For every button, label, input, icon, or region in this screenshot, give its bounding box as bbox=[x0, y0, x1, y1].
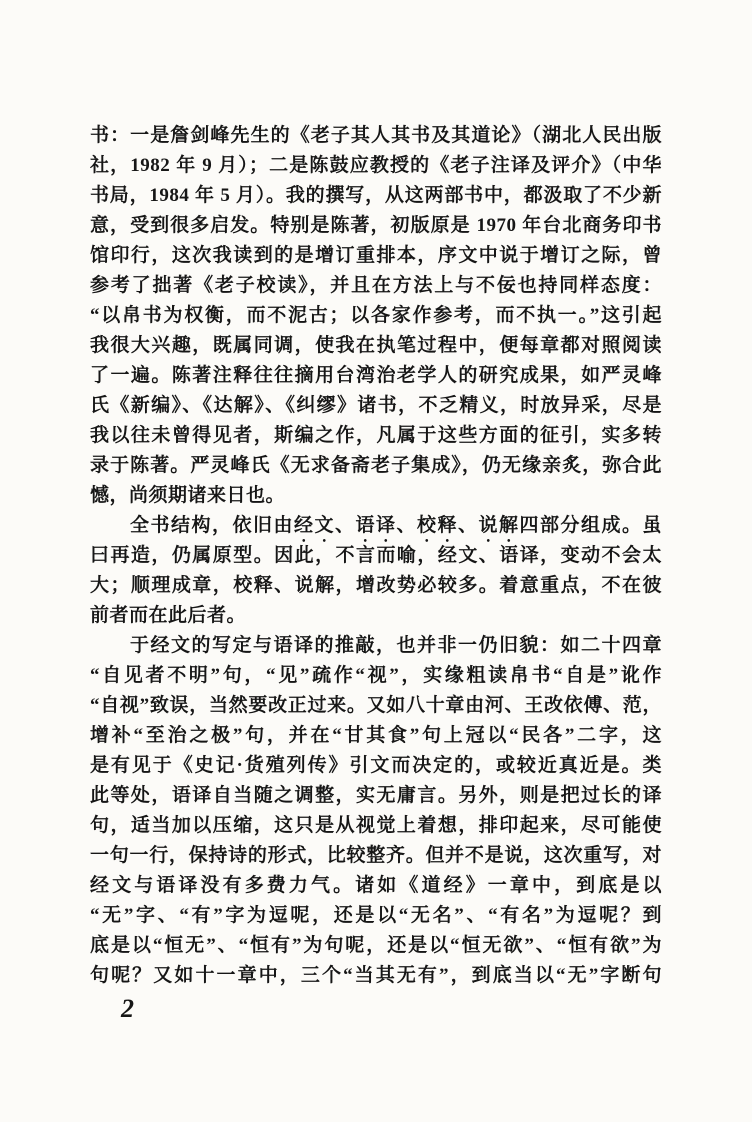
text-line: 馆印行，这次我读到的是增订重排本，序文中说于增订之际，曾 bbox=[90, 241, 662, 271]
text-line: 是有见于《史记·货殖列传》引文而决定的，或较近真近是。类 bbox=[90, 751, 662, 781]
text-segment: “自视”致误，当然要改正过来。又如八十章由河、王改依傅、范， bbox=[90, 695, 662, 716]
text-segment: 一句一行，保持诗的形式，比较整齐。但并不是说，这次重写，对 bbox=[90, 845, 662, 866]
text-segment: 氏《新编》、《达解》、《纠缪》诸书，不乏精义，时放异采，尽是 bbox=[90, 395, 662, 416]
text-segment: 于经文的写定与语译的推敲，也并非一仍旧貌：如二十四章 bbox=[130, 635, 662, 656]
text-segment: 、 bbox=[335, 515, 356, 536]
text-segment: “以帛书为权衡，而不泥古；以各家作参考，而不执一。”这引起 bbox=[90, 305, 662, 326]
text-line: 书局，1984 年 5 月）。我的撰写，从这两部书中，都汲取了不少新 bbox=[90, 181, 662, 211]
text-segment: 底是以“恒无”、“恒有”为句呢，还是以“恒无欲”、“恒有欲”为 bbox=[90, 935, 662, 956]
text-segment: 参考了拙著《老子校读》，并且在方法上与不佞也持同样态度： bbox=[90, 275, 662, 296]
text-line: 经文与语译没有多费力气。诸如《道经》一章中，到底是以 bbox=[90, 871, 662, 901]
text-segment: 曰再造，仍属原型。因此，不言而喻，经文、语译，变动不会太 bbox=[90, 545, 662, 566]
text-segment: 前者而在此后者。 bbox=[90, 605, 246, 626]
text-segment: 此等处，语译自当随之调整，实无庸言。另外，则是把过长的译 bbox=[90, 785, 662, 806]
text-line: 句呢？又如十一章中，三个“当其无有”，到底当以“无”字断句 bbox=[90, 961, 662, 991]
text-line: “自见者不明”句，“见”疏作“视”，实缘粗读帛书“自是”讹作 bbox=[90, 661, 662, 691]
page-number: 2 bbox=[121, 994, 134, 1024]
text-line: 全书结构，依旧由经文、语译、校释、说解四部分组成。虽 bbox=[90, 511, 662, 541]
text-line: 大；顺理成章，校释、说解，增改势必较多。着意重点，不在彼 bbox=[90, 571, 662, 601]
text-line: 句，适当加以压缩，这只是从视觉上着想，排印起来，尽可能使 bbox=[90, 811, 662, 841]
text-segment: 增补“至治之极”句，并在“甘其食”句上冠以“民各”二字，这 bbox=[90, 725, 662, 746]
text-line: 意，受到很多启发。特别是陈著，初版原是 1970 年台北商务印书 bbox=[90, 211, 662, 241]
text-line: “无”字、“有”字为逗呢，还是以“无名”、“有名”为逗呢？到 bbox=[90, 901, 662, 931]
text-line: 前者而在此后者。 bbox=[90, 601, 662, 631]
text-line: 书：一是詹剑峰先生的《老子其人其书及其道论》（湖北人民出版 bbox=[90, 121, 662, 151]
text-segment: 大；顺理成章，校释、说解，增改势必较多。着意重点，不在彼 bbox=[90, 575, 662, 596]
text-segment: 录于陈著。严灵峰氏《无求备斋老子集成》，仍无缘亲炙，弥合此 bbox=[90, 455, 662, 476]
text-line: 曰再造，仍属原型。因此，不言而喻，经文、语译，变动不会太 bbox=[90, 541, 662, 571]
text-segment: 经文与语译没有多费力气。诸如《道经》一章中，到底是以 bbox=[90, 875, 662, 896]
emphasized-text: 说解 bbox=[478, 515, 519, 536]
text-block: 书：一是詹剑峰先生的《老子其人其书及其道论》（湖北人民出版社，1982 年 9 … bbox=[90, 121, 662, 991]
text-line: 我以往未曾得见者，斯编之作，凡属于这些方面的征引，实多转 bbox=[90, 421, 662, 451]
text-line: “以帛书为权衡，而不泥古；以各家作参考，而不执一。”这引起 bbox=[90, 301, 662, 331]
text-segment: 意，受到很多启发。特别是陈著，初版原是 1970 年台北商务印书 bbox=[90, 215, 662, 236]
text-segment: 我以往未曾得见者，斯编之作，凡属于这些方面的征引，实多转 bbox=[90, 425, 662, 446]
text-line: 此等处，语译自当随之调整，实无庸言。另外，则是把过长的译 bbox=[90, 781, 662, 811]
text-segment: 全书结构，依旧由 bbox=[130, 515, 294, 536]
text-line: 参考了拙著《老子校读》，并且在方法上与不佞也持同样态度： bbox=[90, 271, 662, 301]
text-segment: 社，1982 年 9 月）；二是陈鼓应教授的《老子注译及评介》（中华 bbox=[90, 155, 662, 176]
text-line: 录于陈著。严灵峰氏《无求备斋老子集成》，仍无缘亲炙，弥合此 bbox=[90, 451, 662, 481]
text-segment: 书：一是詹剑峰先生的《老子其人其书及其道论》（湖北人民出版 bbox=[90, 125, 662, 146]
text-segment: 是有见于《史记·货殖列传》引文而决定的，或较近真近是。类 bbox=[90, 755, 662, 776]
text-segment: 憾，尚须期诸来日也。 bbox=[90, 485, 285, 506]
emphasized-text: 经文 bbox=[294, 515, 335, 536]
emphasized-text: 语译 bbox=[355, 515, 396, 536]
text-segment: 、 bbox=[458, 515, 479, 536]
text-segment: 、 bbox=[396, 515, 417, 536]
text-segment: 书局，1984 年 5 月）。我的撰写，从这两部书中，都汲取了不少新 bbox=[90, 185, 662, 206]
text-line: 我很大兴趣，既属同调，使我在执笔过程中，便每章都对照阅读 bbox=[90, 331, 662, 361]
text-line: 憾，尚须期诸来日也。 bbox=[90, 481, 662, 511]
text-segment: 句呢？又如十一章中，三个“当其无有”，到底当以“无”字断句 bbox=[90, 965, 662, 986]
text-line: “自视”致误，当然要改正过来。又如八十章由河、王改依傅、范， bbox=[90, 691, 662, 721]
text-line: 底是以“恒无”、“恒有”为句呢，还是以“恒无欲”、“恒有欲”为 bbox=[90, 931, 662, 961]
text-line: 氏《新编》、《达解》、《纠缪》诸书，不乏精义，时放异采，尽是 bbox=[90, 391, 662, 421]
emphasized-text: 校释 bbox=[417, 515, 458, 536]
text-segment: “自见者不明”句，“见”疏作“视”，实缘粗读帛书“自是”讹作 bbox=[90, 665, 662, 686]
text-segment: 四部分组成。虽 bbox=[519, 515, 661, 536]
scanned-book-page: 书：一是詹剑峰先生的《老子其人其书及其道论》（湖北人民出版社，1982 年 9 … bbox=[0, 0, 752, 1122]
text-line: 了一遍。陈著注释往往摘用台湾治老学人的研究成果，如严灵峰 bbox=[90, 361, 662, 391]
text-line: 社，1982 年 9 月）；二是陈鼓应教授的《老子注译及评介》（中华 bbox=[90, 151, 662, 181]
text-line: 于经文的写定与语译的推敲，也并非一仍旧貌：如二十四章 bbox=[90, 631, 662, 661]
text-line: 一句一行，保持诗的形式，比较整齐。但并不是说，这次重写，对 bbox=[90, 841, 662, 871]
text-line: 增补“至治之极”句，并在“甘其食”句上冠以“民各”二字，这 bbox=[90, 721, 662, 751]
text-segment: 馆印行，这次我读到的是增订重排本，序文中说于增订之际，曾 bbox=[90, 245, 662, 266]
text-segment: 句，适当加以压缩，这只是从视觉上着想，排印起来，尽可能使 bbox=[90, 815, 662, 836]
text-segment: “无”字、“有”字为逗呢，还是以“无名”、“有名”为逗呢？到 bbox=[90, 905, 662, 926]
text-segment: 了一遍。陈著注释往往摘用台湾治老学人的研究成果，如严灵峰 bbox=[90, 365, 662, 386]
text-segment: 我很大兴趣，既属同调，使我在执笔过程中，便每章都对照阅读 bbox=[90, 335, 662, 356]
